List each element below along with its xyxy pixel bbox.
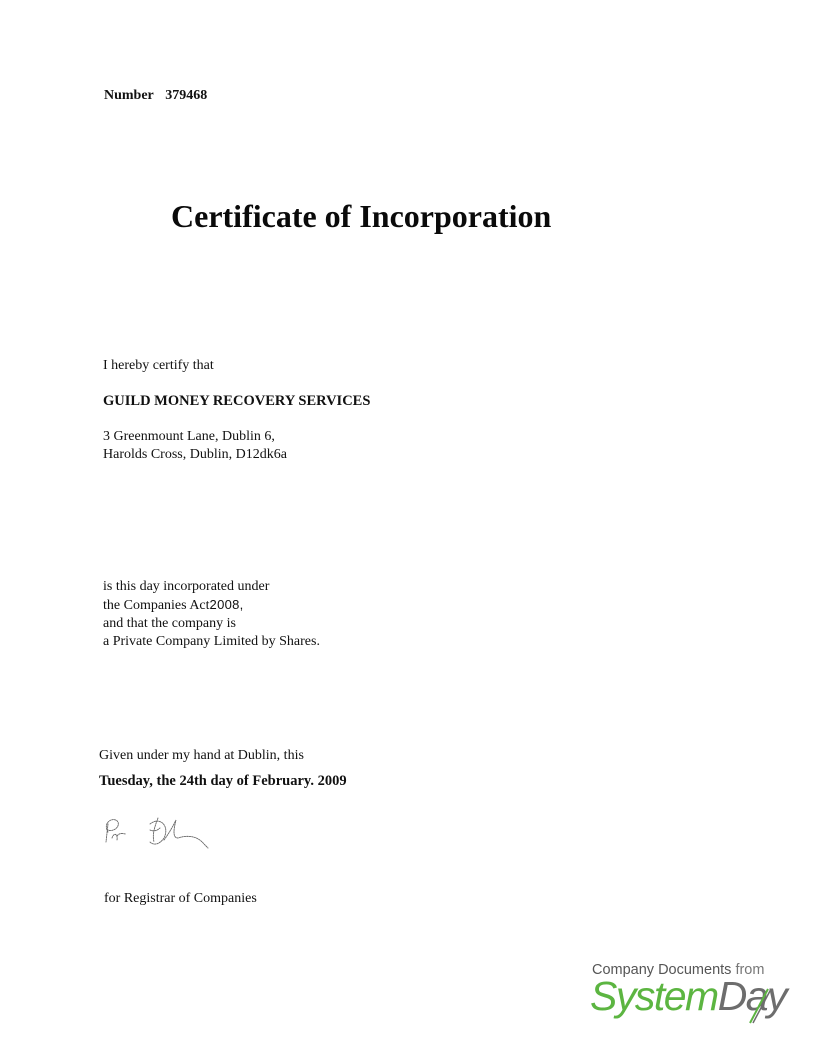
incorporation-line-4: a Private Company Limited by Shares. <box>103 633 320 651</box>
company-address: 3 Greenmount Lane, Dublin 6, Harolds Cro… <box>103 428 287 464</box>
signature-icon <box>100 812 215 857</box>
incorporation-line-1: is this day incorporated under <box>103 578 320 596</box>
issue-date: Tuesday, the 24th day of February. 2009 <box>99 772 347 790</box>
number-label: Number <box>104 88 154 103</box>
certificate-number: Number 379468 <box>104 88 207 104</box>
act-year: 2008, <box>210 597 244 612</box>
given-statement: Given under my hand at Dublin, this <box>99 747 304 765</box>
incorporation-statement: is this day incorporated under the Compa… <box>103 578 320 651</box>
systemday-logo: Company Documents from SystemDay <box>584 955 794 1035</box>
incorporation-line-3: and that the company is <box>103 615 320 633</box>
logo-brand-system: System <box>590 973 718 1019</box>
logo-slash-icon <box>744 983 774 1028</box>
address-line-1: 3 Greenmount Lane, Dublin 6, <box>103 428 287 446</box>
incorporation-line-2: the Companies Act2008, <box>103 596 320 615</box>
act-name: the Companies Act <box>103 598 210 613</box>
company-name: GUILD MONEY RECOVERY SERVICES <box>103 392 370 410</box>
document-title: Certificate of Incorporation <box>171 198 551 235</box>
registrar-statement: for Registrar of Companies <box>104 890 257 908</box>
address-line-2: Harolds Cross, Dublin, D12dk6a <box>103 446 287 464</box>
certify-statement: I hereby certify that <box>103 357 214 375</box>
number-value: 379468 <box>165 88 207 103</box>
